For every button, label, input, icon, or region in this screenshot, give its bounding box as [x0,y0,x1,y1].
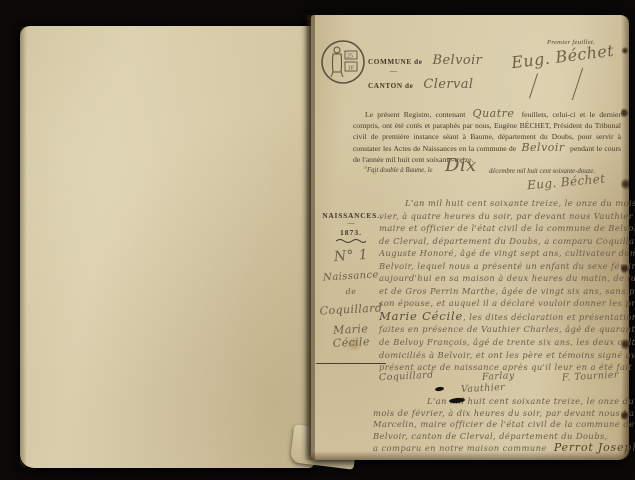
act2-line: Marcelin, maire officier de l'état civil… [373,419,627,431]
fait-double-label: Fait double à Baume, le [367,167,433,174]
stamp-denomination-top: 25 [347,54,353,60]
act1-line: aujourd'hui en sa maison à deux heures d… [379,272,625,285]
blank-left-page [20,26,314,468]
act2-line: L'an mil huit cent soixante treize, le o… [373,396,627,408]
act1-line: domiciliés à Belvoir, et ont les père et… [379,349,625,362]
act1-line: maire et officier de l'état civil de la … [379,222,625,235]
intro-pre: Le présent Registre, contenant [365,110,465,119]
signature-witness-2: F. Tournier [562,370,619,384]
commune-canton-block: COMMUNE de Belvoir — CANTON de Clerval [368,51,482,93]
paper-stain [363,165,368,170]
margin-surname: Coquillard [313,301,390,318]
act-number-handwritten: N° 1 [313,245,390,266]
day-handwritten: Dix [445,155,477,176]
act1-name-line: Marie Cécile, les dites déclaration et p… [379,310,625,324]
feuillets-count-handwritten: Quatre [473,107,515,120]
margin-rule [316,363,386,364]
child-name-handwritten: Marie Cécile [379,309,463,323]
margin-act-title: Naissance [313,269,389,284]
year-label: 1873. [313,228,389,237]
pen-stroke [572,68,584,101]
flourish-divider [336,238,366,244]
signature-witness-1: Farlay [481,370,514,383]
act1-line: de Clerval, département du Doubs, a comp… [379,235,625,248]
margin-column: NAISSANCES. — 1873. N° 1 Naissance de Co… [313,211,389,364]
act1-line: Auguste Honoré, âgé de vingt sept ans, c… [379,247,625,260]
certification-paragraph: Le présent Registre, contenant Quatre fe… [353,109,621,165]
commune-value-handwritten: Belvoir [433,53,483,68]
act1-line: vier, à quatre heures du soir, par devan… [379,210,625,223]
canton-label: CANTON de [368,82,413,90]
act1-line: L'an mil huit cent soixante treize, le o… [379,197,625,210]
separator-dash: — [390,69,482,74]
birth-act-2-text: L'an mil huit cent soixante treize, le o… [373,396,627,455]
signature-mayor: Vauthier [461,382,506,395]
ink-blot [435,386,444,391]
act1-signature-row: Coquillard Farlay F. Tournier [379,371,619,382]
act2-line: mois de février, à dix heures du soir, p… [373,408,627,420]
act1-line: Belvoir, lequel nous a présenté un enfan… [379,260,625,273]
revenue-stamp-icon: 25 1F [320,39,366,85]
act1-name-line-rest: , les dites déclaration et présentation [463,312,635,322]
paper-stain [372,171,376,175]
margin-de: de [313,285,389,298]
pen-stroke [529,73,538,98]
register-page: 25 1F COMMUNE de Belvoir — CANTON de Cle… [311,15,629,460]
page-bottom-shadow [311,451,629,460]
commune-name-handwritten: Belvoir [521,141,564,154]
stamp-denomination-bottom: 1F [348,65,355,72]
signature-father: Coquillard [379,370,434,384]
act1-line: et de Gros Perrin Marthe, âgée de vingt … [379,285,625,298]
margin-dash: — [313,220,389,226]
birth-act-1-text: L'an mil huit cent soixante treize, le o… [379,197,625,374]
canton-value-handwritten: Clerval [423,77,473,92]
worn-page-edge [621,15,629,460]
act1-line: de Belvoy François, âgé de trente six an… [379,336,625,349]
act1-line: faites en présence de Vauthier Charles, … [379,323,625,336]
commune-label: COMMUNE de [368,58,423,66]
